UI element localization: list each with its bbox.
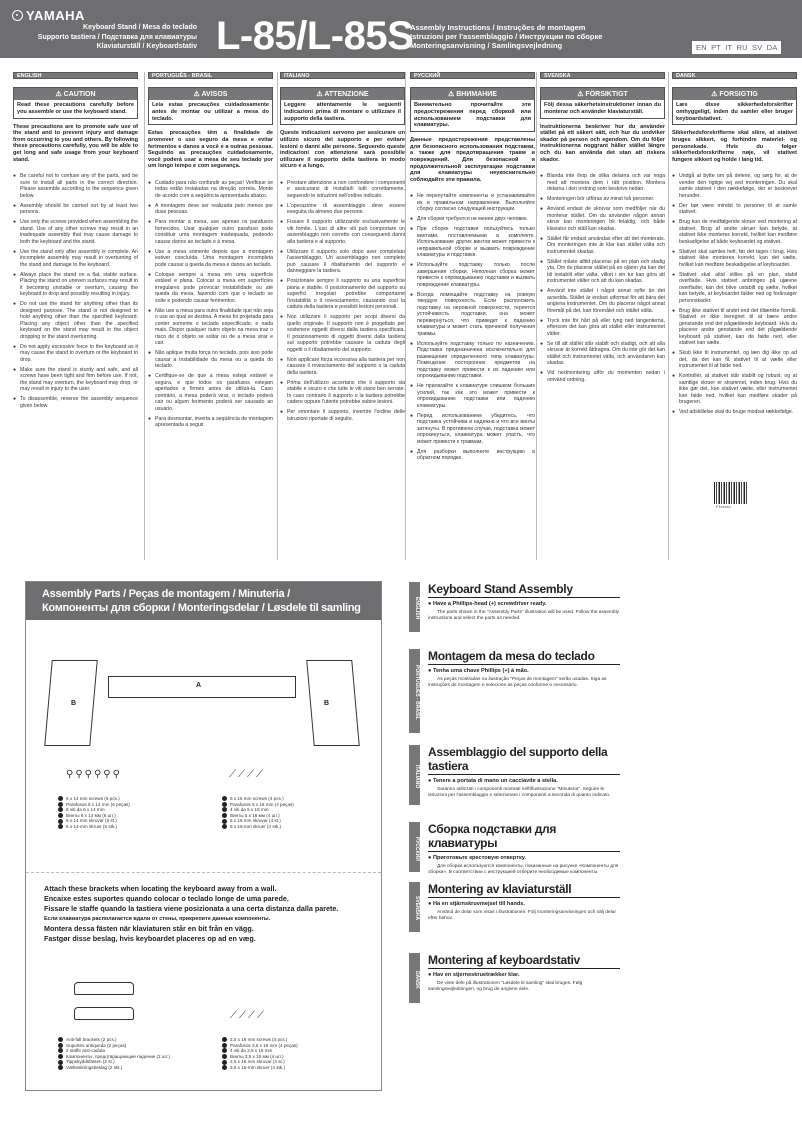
- label-b-left: B: [71, 700, 76, 707]
- precautions-list: Blanda inte ihop de olika delarna och va…: [540, 173, 665, 383]
- column-divider: [536, 72, 537, 560]
- list-item: Blanda inte ihop de olika delarna och va…: [540, 173, 665, 193]
- list-item: Ved adskillelse skal du bruge modsat ræk…: [672, 409, 797, 416]
- column-portuguese: PORTUGUÊS - BRASIL ⚠ AVISOS Leia estas p…: [148, 72, 273, 560]
- language-tab: SVENSKA: [409, 882, 420, 932]
- section-divider: [26, 872, 381, 873]
- caution-box: ⚠ ATTENZIONE Leggere attentamente le seg…: [280, 87, 405, 125]
- assembly-parts-panel: Assembly Parts / Peças de montagem / Min…: [25, 581, 382, 1091]
- assembly-section-english: ENGLISH Keyboard Stand Assembly ● Have a…: [410, 582, 620, 622]
- language-tab: РУССКИЙ: [409, 822, 420, 872]
- language-header: DANSK: [672, 72, 797, 79]
- list-item: Använd endast de skruvar som medföljer n…: [540, 206, 665, 232]
- language-tab: DANSK: [409, 953, 420, 1003]
- parts-title: Assembly Parts / Peças de montagem / Min…: [26, 582, 381, 620]
- tool-requirement: ● Hav en stjerneskruetrækker klar.: [428, 972, 620, 978]
- column-english: ENGLISH ⚠ CAUTION Read these precautions…: [13, 72, 138, 560]
- caution-box: ⚠ CAUTION Read these precautions careful…: [13, 87, 138, 119]
- list-item: Vid nedmontering utför du momenten nedan…: [540, 370, 665, 383]
- list-item: Cuidado para não confundir as peças! Ver…: [148, 180, 273, 200]
- parts-list-f: 3,5 x 16 mm screws (4 pcs.) Parafusos 3,…: [222, 1037, 298, 1071]
- intro-text: Данные предостережения представлены для …: [410, 137, 535, 183]
- caution-title: ⚠ FÖRSIKTIGT: [541, 88, 664, 100]
- parts-list-c: 6 x 14 mm screws (6 pcs.) Parafusos 6 x …: [58, 796, 130, 830]
- list-item: Per smontare il supporto, invertire l'or…: [280, 409, 405, 422]
- precautions-list: Cuidado para não confundir as peças! Ver…: [148, 180, 273, 429]
- section-body: Använd de delar som visas i illustration…: [428, 910, 620, 922]
- list-item: Используйте подставку только после завер…: [410, 262, 535, 288]
- intro-text: Instruktionerna beskriver hur du använde…: [540, 124, 665, 164]
- assembly-section-portuguese: PORTUGUÊS - BRASIL Montagem da mesa do t…: [410, 649, 620, 689]
- list-item: Always place the stand on a flat, stable…: [13, 272, 138, 298]
- language-header: РУССКИЙ: [410, 72, 535, 79]
- list-item: Prima dell'utilizzo accertarsi che il su…: [280, 380, 405, 406]
- section-title: Сборка подставки для клавиатуры: [428, 822, 620, 852]
- tool-requirement: ● Tenha uma chave Phillips (+) à mão.: [428, 668, 620, 674]
- tool-requirement: ● Ha en stjärnskruvmejsel till hands.: [428, 901, 620, 907]
- column-divider: [277, 72, 278, 560]
- list-item: Brug kun de medfølgende skruer ved monte…: [672, 219, 797, 245]
- intro-text: Queste indicazioni servono per assicurar…: [280, 130, 405, 170]
- screws-f-icon: ⟋⟋⟋⟋: [230, 1010, 266, 1021]
- list-item: Kontrollér, at stativet står stabilt og …: [672, 373, 797, 406]
- list-item: Não aplique muita força no teclado, pois…: [148, 350, 273, 370]
- parts-list-d: 5 x 16 mm screws (4 pcs.) Parafusos 5 x …: [222, 796, 294, 830]
- screws-d-icon: ⟋⟋⟋⟋: [229, 769, 265, 780]
- list-item: Tryck inte för hårt på eller tyng ned ta…: [540, 318, 665, 338]
- label-a: A: [196, 682, 201, 689]
- anti-fall-bracket-icon: [74, 1007, 134, 1020]
- warning-triangle-icon: ⚠: [55, 91, 63, 98]
- column-russian: РУССКИЙ ⚠ ВНИМАНИЕ Внимательно прочитайт…: [410, 72, 535, 560]
- column-divider: [668, 72, 669, 560]
- language-tab: ITALIANO: [409, 745, 420, 805]
- intro-text: Estas precauções têm a finalidade de pro…: [148, 130, 273, 170]
- language-header: ITALIANO: [280, 72, 405, 79]
- section-body: As peças mostradas na ilustração "Peças …: [428, 677, 620, 689]
- model-number: L-85/L-85S: [216, 16, 413, 56]
- list-item: Не перепутайте компоненты и устанавливай…: [410, 193, 535, 213]
- list-item: Do not use the stand for anything other …: [13, 301, 138, 340]
- anti-fall-bracket-icon: [74, 982, 134, 995]
- intro-text: These precautions are to promote safe us…: [13, 124, 138, 164]
- list-item: Para montar a mesa, use apenas os parafu…: [148, 219, 273, 245]
- language-header: ENGLISH: [13, 72, 138, 79]
- list-item: Certifique-se de que a mesa esteja estáv…: [148, 373, 273, 412]
- language-codes: EN PT IT RU SV DA: [692, 41, 781, 54]
- list-item: Prestare attenzione a non confondere i c…: [280, 180, 405, 200]
- parts-diagram: A B B ⚲⚲⚲⚲⚲⚲ ⟋⟋⟋⟋: [26, 620, 381, 800]
- tool-requirement: ● Have a Phillips-head (+) screwdriver r…: [428, 601, 620, 607]
- barcode: [714, 482, 748, 504]
- list-item: Не прилагайте к клавиатуре слишком больш…: [410, 383, 535, 409]
- column-divider: [405, 72, 406, 560]
- section-title: Montering av klaviaturställ: [428, 882, 620, 898]
- yamaha-logo: YAMAHA: [12, 8, 85, 23]
- list-item: Be careful not to confuse any of the par…: [13, 173, 138, 199]
- section-title: Montagem da mesa do teclado: [428, 649, 620, 665]
- beam-a: [108, 676, 296, 698]
- precautions-list: Не перепутайте компоненты и устанавливай…: [410, 193, 535, 462]
- list-item: При сборке подставки пользуйтесь только …: [410, 226, 535, 259]
- intro-text: Sikkerhedsforskrifterne skal sikre, at s…: [672, 130, 797, 163]
- column-danish: DANSK ⚠ FORSIGTIG Læs disse sikkerhedsfo…: [672, 72, 797, 560]
- precautions-list: Be careful not to confuse any of the par…: [13, 173, 138, 409]
- list-item: Всегда помещайте подставку на ровную тве…: [410, 292, 535, 338]
- list-item: Skub ikke til instrumentet, og læn dig i…: [672, 350, 797, 370]
- list-item: Make sure the stand is sturdy and safe, …: [13, 367, 138, 393]
- language-tab: PORTUGUÊS - BRASIL: [409, 649, 420, 733]
- warning-triangle-icon: ⚠: [448, 91, 456, 98]
- list-item: Use a mesa somente depois que a montagem…: [148, 249, 273, 269]
- list-item: Для сборки требуется не менее двух челов…: [410, 216, 535, 223]
- list-item: Do not apply excessive force to the keyb…: [13, 344, 138, 364]
- language-tab: ENGLISH: [409, 582, 420, 632]
- list-item: Posizionare sempre il supporto su una su…: [280, 278, 405, 311]
- list-item: Stället får endast användas efter att de…: [540, 236, 665, 256]
- list-item: Use the stand only after assembly is com…: [13, 249, 138, 269]
- list-item: Fissare il supporto utilizzando esclusiv…: [280, 219, 405, 245]
- list-item: Non utilizzare il supporto per scopi div…: [280, 314, 405, 353]
- list-item: Перед использованием убедитесь, что подс…: [410, 413, 535, 446]
- caution-box: ⚠ AVISOS Leia estas precauções cuidadosa…: [148, 87, 273, 125]
- assembly-section-italian: ITALIANO Assemblaggio del supporto della…: [410, 745, 620, 799]
- caution-box: ⚠ ВНИМАНИЕ Внимательно прочитайте эти пр…: [410, 87, 535, 132]
- list-item: Non applicare forza eccessiva alla tasti…: [280, 357, 405, 377]
- list-item: Brug ikke stativet til andet end det til…: [672, 308, 797, 347]
- assembly-section-russian: РУССКИЙ Сборка подставки для клавиатуры …: [410, 822, 620, 876]
- assembly-section-danish: DANSK Montering af keyboardstativ ● Hav …: [410, 953, 620, 993]
- side-panel-b-right: [306, 660, 360, 746]
- list-item: L'operazione di assemblaggio deve essere…: [280, 203, 405, 216]
- section-body: De viste dele på illustrationen "Løsdele…: [428, 981, 620, 993]
- list-item: Используйте подставку только по назначен…: [410, 341, 535, 380]
- caution-title: ⚠ ATTENZIONE: [281, 88, 404, 100]
- document-titles: Assembly Instructions / Instruções de mo…: [410, 23, 602, 50]
- list-item: To disassemble, reverse the assembly seq…: [13, 396, 138, 409]
- caution-title: ⚠ FORSIGTIG: [673, 88, 796, 100]
- list-item: Assembly should be carried out by at lea…: [13, 203, 138, 216]
- list-item: Stället måste alltid placeras på en plan…: [540, 259, 665, 285]
- list-item: Utilizzare il supporto solo dopo aver co…: [280, 249, 405, 275]
- caution-box: ⚠ FORSIGTIG Læs disse sikkerhedsforskrif…: [672, 87, 797, 125]
- list-item: Stativet skal altid stilles på en plan, …: [672, 272, 797, 305]
- section-body: The parts shown in the "Assembly Parts" …: [428, 610, 620, 622]
- list-item: Undgå at bytte om på delene, og sørg for…: [672, 173, 797, 199]
- bracket-note: Attach these brackets when locating the …: [44, 884, 338, 944]
- list-item: Для разборки выполните инструкцию в обра…: [410, 449, 535, 462]
- list-item: Use only the screws provided when assemb…: [13, 219, 138, 245]
- section-title: Keyboard Stand Assembly: [428, 582, 620, 598]
- list-item: Para desmontar, inverta a seqüência de m…: [148, 416, 273, 429]
- column-italian: ITALIANO ⚠ ATTENZIONE Leggere attentamen…: [280, 72, 405, 560]
- language-header: PORTUGUÊS - BRASIL: [148, 72, 273, 79]
- language-header: SVENSKA: [540, 72, 665, 79]
- caution-title: ⚠ CAUTION: [14, 88, 137, 100]
- tuning-fork-logo-icon: [12, 10, 23, 21]
- label-b-right: B: [324, 700, 329, 707]
- list-item: Coloque sempre a mesa em uma superfície …: [148, 272, 273, 305]
- section-title: Montering af keyboardstativ: [428, 953, 620, 969]
- parts-list-e: Anti-fall brackets (2 pcs.) Suportes ant…: [58, 1037, 170, 1071]
- barcode-number: F1xxxxx: [716, 504, 731, 509]
- precautions-list: Undgå at bytte om på delene, og sørg for…: [672, 173, 797, 416]
- list-item: Använd inte stället i något annat syfte …: [540, 288, 665, 314]
- column-swedish: SVENSKA ⚠ FÖRSIKTIGT Följ dessa säkerhet…: [540, 72, 665, 560]
- section-body: Для сборки используются компоненты, пока…: [428, 864, 620, 876]
- list-item: Se till att stället står stabilt och sta…: [540, 341, 665, 367]
- precautions-list: Prestare attenzione a non confondere i c…: [280, 180, 405, 423]
- tool-requirement: ● Приготовьте крестовую отвертку.: [428, 855, 620, 861]
- list-item: Stativet skal samles helt, før det tages…: [672, 249, 797, 269]
- product-subtitles: Keyboard Stand / Mesa do teclado Support…: [38, 23, 197, 52]
- tool-requirement: ● Tenere a portata di mano un cacciavite…: [428, 778, 620, 784]
- list-item: Der bør være mindst to personer til at s…: [672, 203, 797, 216]
- section-body: Saranno utilizzati i componenti mostrati…: [428, 787, 620, 799]
- list-item: Monteringen bör utföras av minst två per…: [540, 196, 665, 203]
- screws-c-icon: ⚲⚲⚲⚲⚲⚲: [66, 769, 122, 780]
- assembly-section-swedish: SVENSKA Montering av klaviaturställ ● Ha…: [410, 882, 620, 922]
- list-item: A montagem deve ser realizada pelo menos…: [148, 203, 273, 216]
- caution-title: ⚠ AVISOS: [149, 88, 272, 100]
- warning-triangle-icon: ⚠: [194, 91, 202, 98]
- page-header: YAMAHA Keyboard Stand / Mesa do teclado …: [0, 0, 802, 58]
- caution-box: ⚠ FÖRSIKTIGT Följ dessa säkerhetsinstruk…: [540, 87, 665, 119]
- list-item: Não use a mesa para outra finalidade que…: [148, 308, 273, 347]
- column-divider: [144, 72, 145, 560]
- section-title: Assemblaggio del supporto della tastiera: [428, 745, 620, 775]
- caution-title: ⚠ ВНИМАНИЕ: [411, 88, 534, 100]
